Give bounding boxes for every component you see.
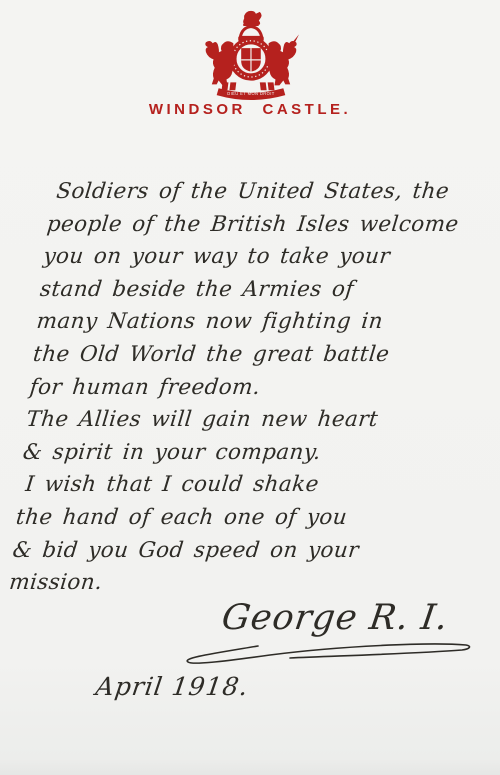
handwriting-line: & spirit in your company. bbox=[21, 437, 454, 470]
letter-body: Soldiers of the United States, the peopl… bbox=[7, 176, 482, 600]
handwriting-line: the Old World the great battle bbox=[31, 339, 464, 372]
handwriting-line: Soldiers of the United States, the bbox=[49, 176, 482, 209]
handwriting-line: you on your way to take your bbox=[42, 241, 475, 274]
royal-coat-of-arms-icon: DIEU ET MON DROIT bbox=[188, 4, 312, 102]
letterhead-title: WINDSOR CASTLE. bbox=[0, 101, 500, 118]
handwriting-line: mission. bbox=[7, 567, 440, 600]
handwriting-line: people of the British Isles welcome bbox=[45, 209, 478, 242]
handwriting-line: & bid you God speed on your bbox=[11, 535, 444, 568]
handwriting-line: the hand of each one of you bbox=[14, 502, 447, 535]
handwriting-line: The Allies will gain new heart bbox=[25, 404, 458, 437]
handwriting-line: I wish that I could shake bbox=[18, 469, 451, 502]
letter-page: DIEU ET MON DROIT WINDSOR CASTLE. Soldie… bbox=[0, 0, 500, 775]
letter-date: April 1918. bbox=[94, 672, 251, 701]
handwriting-line: stand beside the Armies of bbox=[38, 274, 471, 307]
signature: George R. I. bbox=[219, 598, 451, 638]
handwriting-line: for human freedom. bbox=[28, 372, 461, 405]
handwriting-line: many Nations now fighting in bbox=[35, 306, 468, 339]
crest-motto: DIEU ET MON DROIT bbox=[227, 91, 275, 96]
signature-flourish-icon bbox=[180, 638, 475, 670]
